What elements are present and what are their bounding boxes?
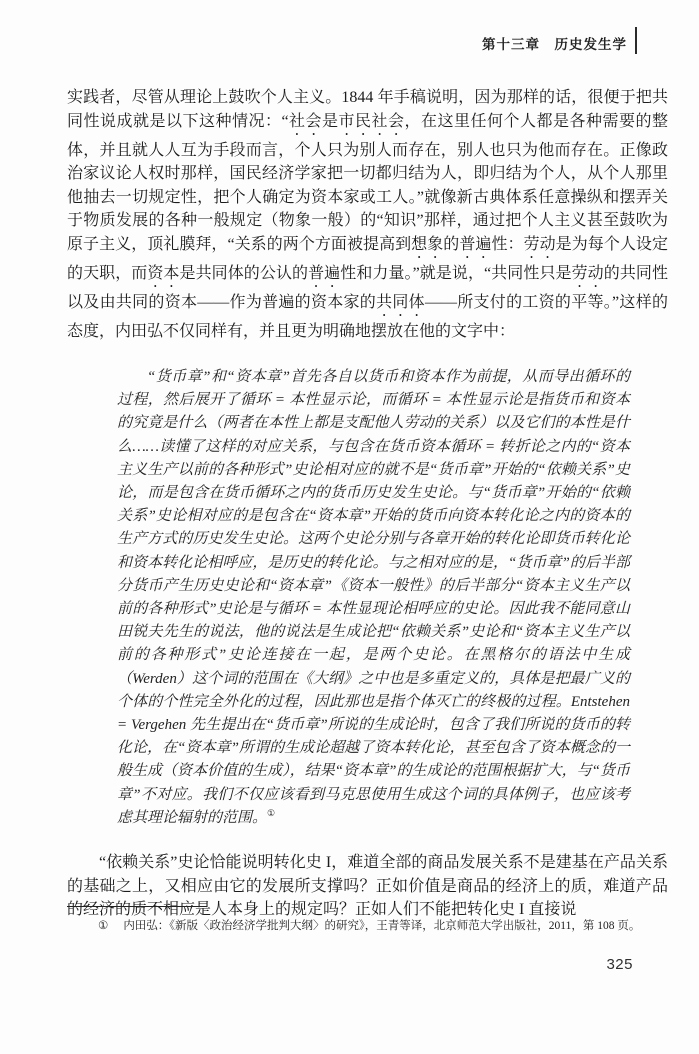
emphasized-text: 社会 xyxy=(289,113,323,130)
footnote-text: 内田弘：《新版〈政治经济学批判大纲〉的研究》，王青等译，北京师范大学出版社，20… xyxy=(123,920,640,932)
footnote: ①内田弘：《新版〈政治经济学批判大纲〉的研究》，王青等译，北京师范大学出版社，2… xyxy=(67,918,684,935)
text-run: 性和力量。”就是说，“共同性只是 xyxy=(340,265,571,282)
header-rule xyxy=(635,27,637,54)
text-run: 是共同体的公认的 xyxy=(180,265,309,282)
emphasized-text: 市民社会 xyxy=(339,113,405,130)
emphasized-text: 劳动 xyxy=(524,236,556,253)
footnote-divider xyxy=(67,906,207,907)
book-page: 第十三章 历史发生学 实践者，尽管从理论上鼓吹个人主义。1844 年手稿说明，因… xyxy=(0,0,699,1054)
emphasized-text: 普遍 xyxy=(459,236,491,253)
page-number: 325 xyxy=(606,956,633,973)
paragraph-closing: “依赖关系”史论恰能说明转化史 I，难道全部的商品发展关系不是建基在产品关系的基… xyxy=(67,851,668,922)
text-run: 是 xyxy=(322,113,339,130)
footnote-ref: ① xyxy=(267,808,275,818)
paragraph-main: 实践者，尽管从理论上鼓吹个人主义。1844 年手稿说明，因为那样的话，很便于把共… xyxy=(67,86,668,343)
emphasized-text: 普遍 xyxy=(308,265,340,282)
emphasized-text: 共同体 xyxy=(376,294,425,311)
text-run: ，在这里任何个人都是各种需要的整体，并且就人人互为手段而言，个人只为别人而存在，… xyxy=(67,113,668,253)
emphasized-text: 想象 xyxy=(411,236,443,253)
footnote-marker: ① xyxy=(98,920,108,932)
running-header-chapter-title: 第十三章 历史发生学 xyxy=(482,33,627,53)
text-run: 性： xyxy=(491,236,523,253)
text-run: “货币章”和“资本章”首先各自以货币和资本作为前提，从而导出循环的过程，然后展开… xyxy=(117,369,630,826)
emphasized-text: 资本 xyxy=(147,265,179,282)
emphasized-text: 劳动 xyxy=(572,265,604,282)
text-run: 的 xyxy=(443,236,459,253)
block-quote: “货币章”和“资本章”首先各自以货币和资本作为前提，从而导出循环的过程，然后展开… xyxy=(117,366,630,830)
page-body: 实践者，尽管从理论上鼓吹个人主义。1844 年手稿说明，因为那样的话，很便于把共… xyxy=(67,86,668,922)
